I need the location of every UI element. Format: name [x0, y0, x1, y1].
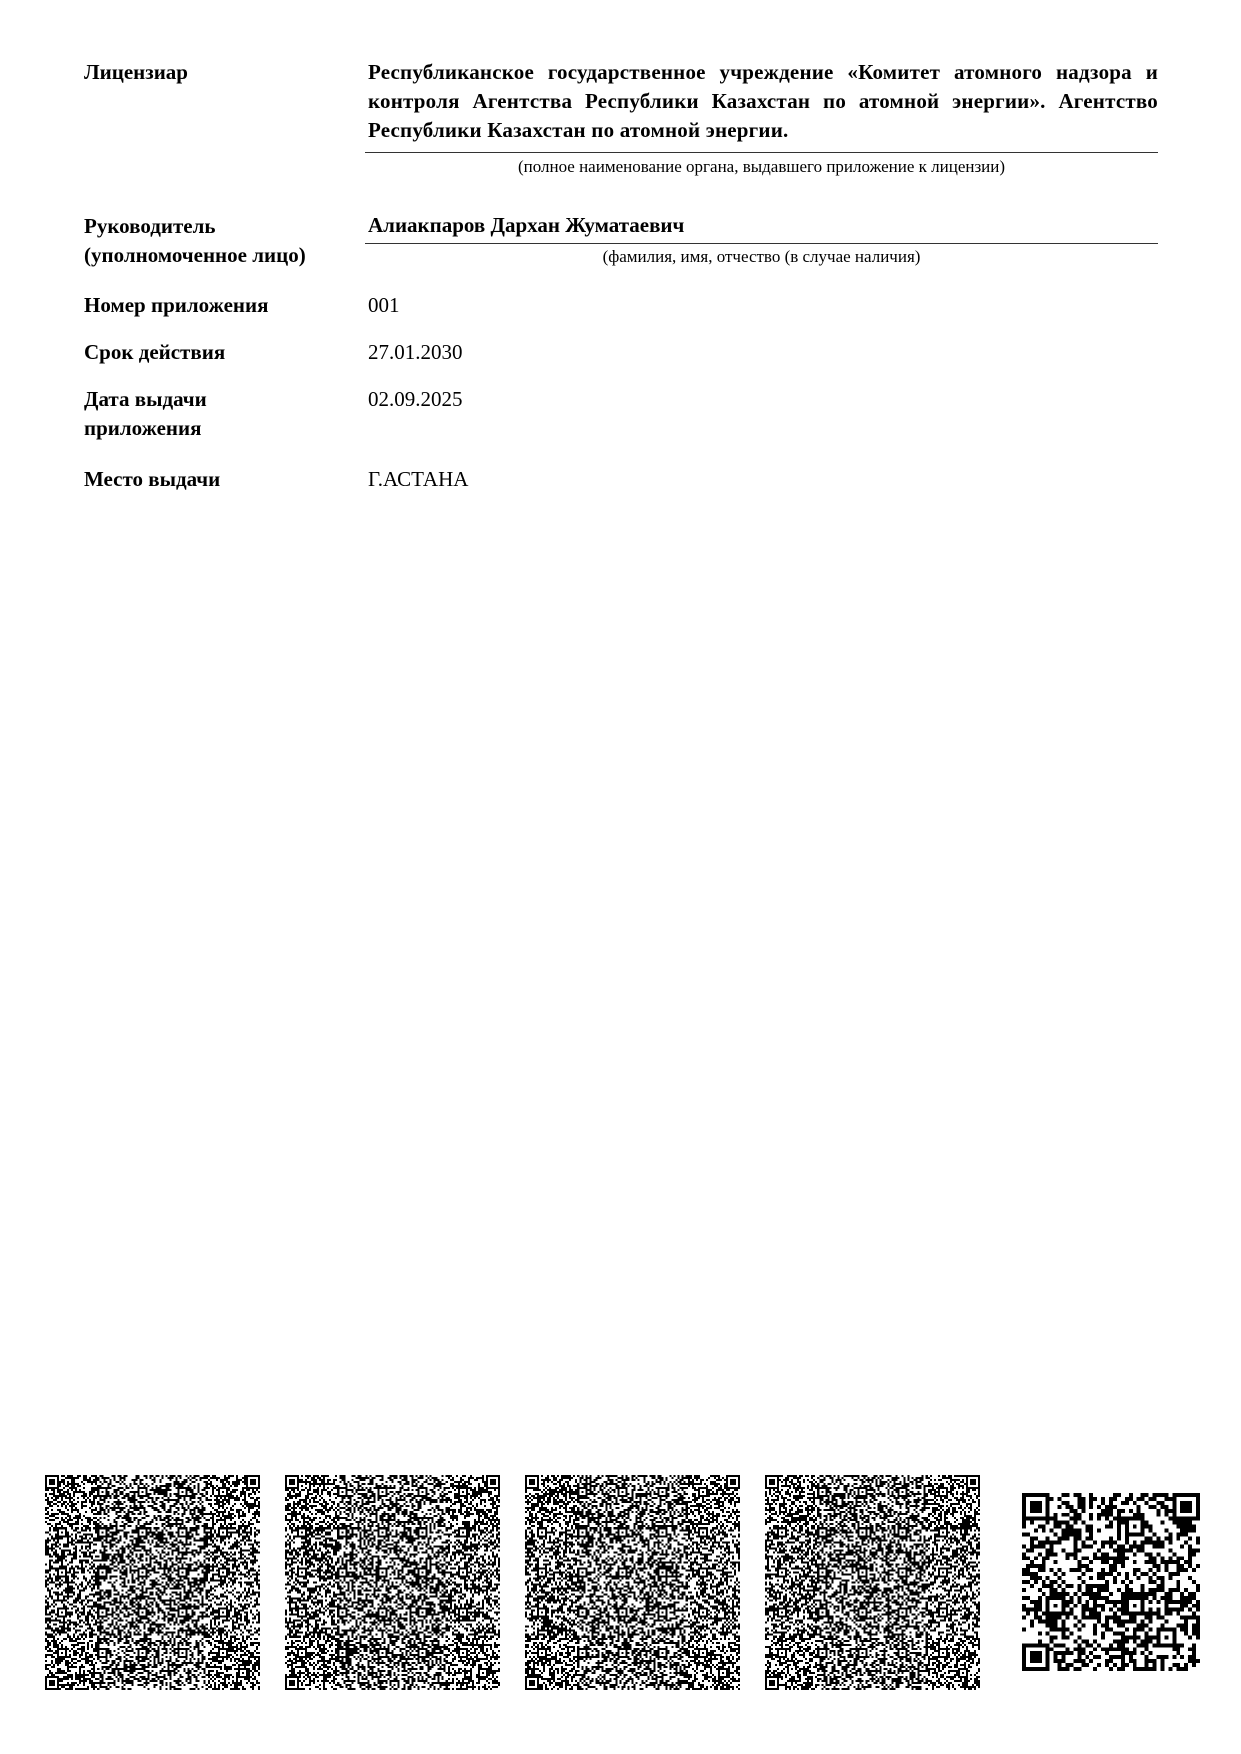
head-label-line2: (уполномоченное лицо): [84, 241, 354, 270]
head-label-line1: Руководитель: [84, 212, 354, 241]
validity-label: Срок действия: [84, 338, 354, 367]
licensor-hint: (полное наименование органа, выдавшего п…: [365, 156, 1158, 178]
qr-code-2: [285, 1475, 500, 1690]
head-underline: [365, 243, 1158, 244]
head-value: Алиакпаров Дархан Жуматаевич: [368, 211, 1158, 240]
appendix-number-value: 001: [368, 291, 1158, 320]
validity-value: 27.01.2030: [368, 338, 1158, 367]
head-hint: (фамилия, имя, отчество (в случае наличи…: [365, 246, 1158, 268]
qr-code-5: [1022, 1493, 1200, 1671]
issue-place-label: Место выдачи: [84, 465, 354, 494]
licensor-underline: [365, 152, 1158, 153]
qr-code-1: [45, 1475, 260, 1690]
licensor-value: Республиканское государственное учрежден…: [368, 58, 1158, 145]
issue-date-value: 02.09.2025: [368, 385, 1158, 414]
qr-code-3: [525, 1475, 740, 1690]
issue-date-label: Дата выдачи приложения: [84, 385, 354, 443]
appendix-number-label: Номер приложения: [84, 291, 354, 320]
head-label: Руководитель (уполномоченное лицо): [84, 212, 354, 270]
issue-date-label-line2: приложения: [84, 414, 354, 443]
issue-place-value: Г.АСТАНА: [368, 465, 1158, 494]
qr-code-4: [765, 1475, 980, 1690]
issue-date-label-line1: Дата выдачи: [84, 385, 354, 414]
licensor-label: Лицензиар: [84, 58, 354, 87]
